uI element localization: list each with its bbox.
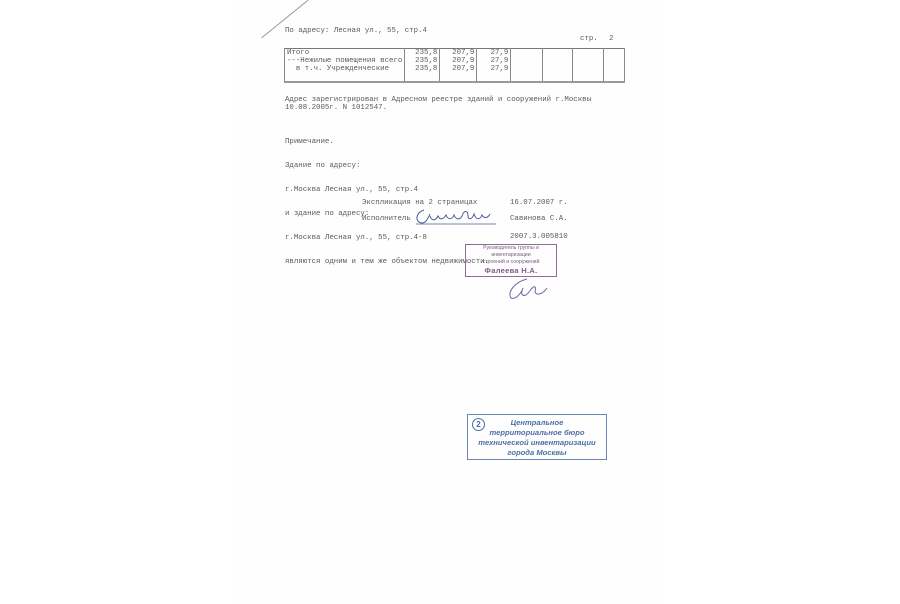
explication-date: 16.07.2007 г. bbox=[510, 199, 568, 207]
head-signature bbox=[497, 276, 557, 302]
col-empty-2 bbox=[543, 49, 573, 83]
row-labels: Итого---Нежилые помещения всего в т.ч. У… bbox=[285, 49, 405, 83]
col-empty-4 bbox=[604, 49, 625, 83]
document-page bbox=[236, 0, 662, 604]
note-block: Примечание. Здание по адресу: г.Москва Л… bbox=[285, 122, 489, 274]
bti-stamp: 2 Центральное территориальное бюро техни… bbox=[467, 414, 607, 460]
header-address: По адресу: Лесная ул., 55, стр.4 bbox=[285, 27, 427, 35]
col-aux-area: 27,927,927,9 bbox=[477, 49, 511, 83]
page-label: стр. bbox=[580, 35, 598, 43]
col-main-area: 207,9207,9207,9 bbox=[440, 49, 477, 83]
registry-line-1: Адрес зарегистрирован в Адресном реестре… bbox=[285, 96, 591, 104]
registry-line-2: 10.08.2005г. N 1012547. bbox=[285, 104, 387, 112]
document-number: 2007.3.005810 bbox=[510, 233, 568, 241]
executor-label: Исполнитель bbox=[362, 215, 411, 223]
stamp-number-badge: 2 bbox=[472, 418, 485, 431]
explication-table: Итого---Нежилые помещения всего в т.ч. У… bbox=[284, 48, 625, 83]
executor-name: Савинова С.А. bbox=[510, 215, 568, 223]
executor-signature bbox=[410, 204, 500, 226]
col-empty-1 bbox=[511, 49, 543, 83]
col-empty-3 bbox=[573, 49, 604, 83]
col-total-area: 235,8235,8235,8 bbox=[405, 49, 440, 83]
page-number: 2 bbox=[609, 35, 613, 43]
head-of-group-stamp: Руководитель группы и инвентаризации стр… bbox=[465, 244, 557, 277]
table-row: Итого---Нежилые помещения всего в т.ч. У… bbox=[285, 49, 625, 83]
